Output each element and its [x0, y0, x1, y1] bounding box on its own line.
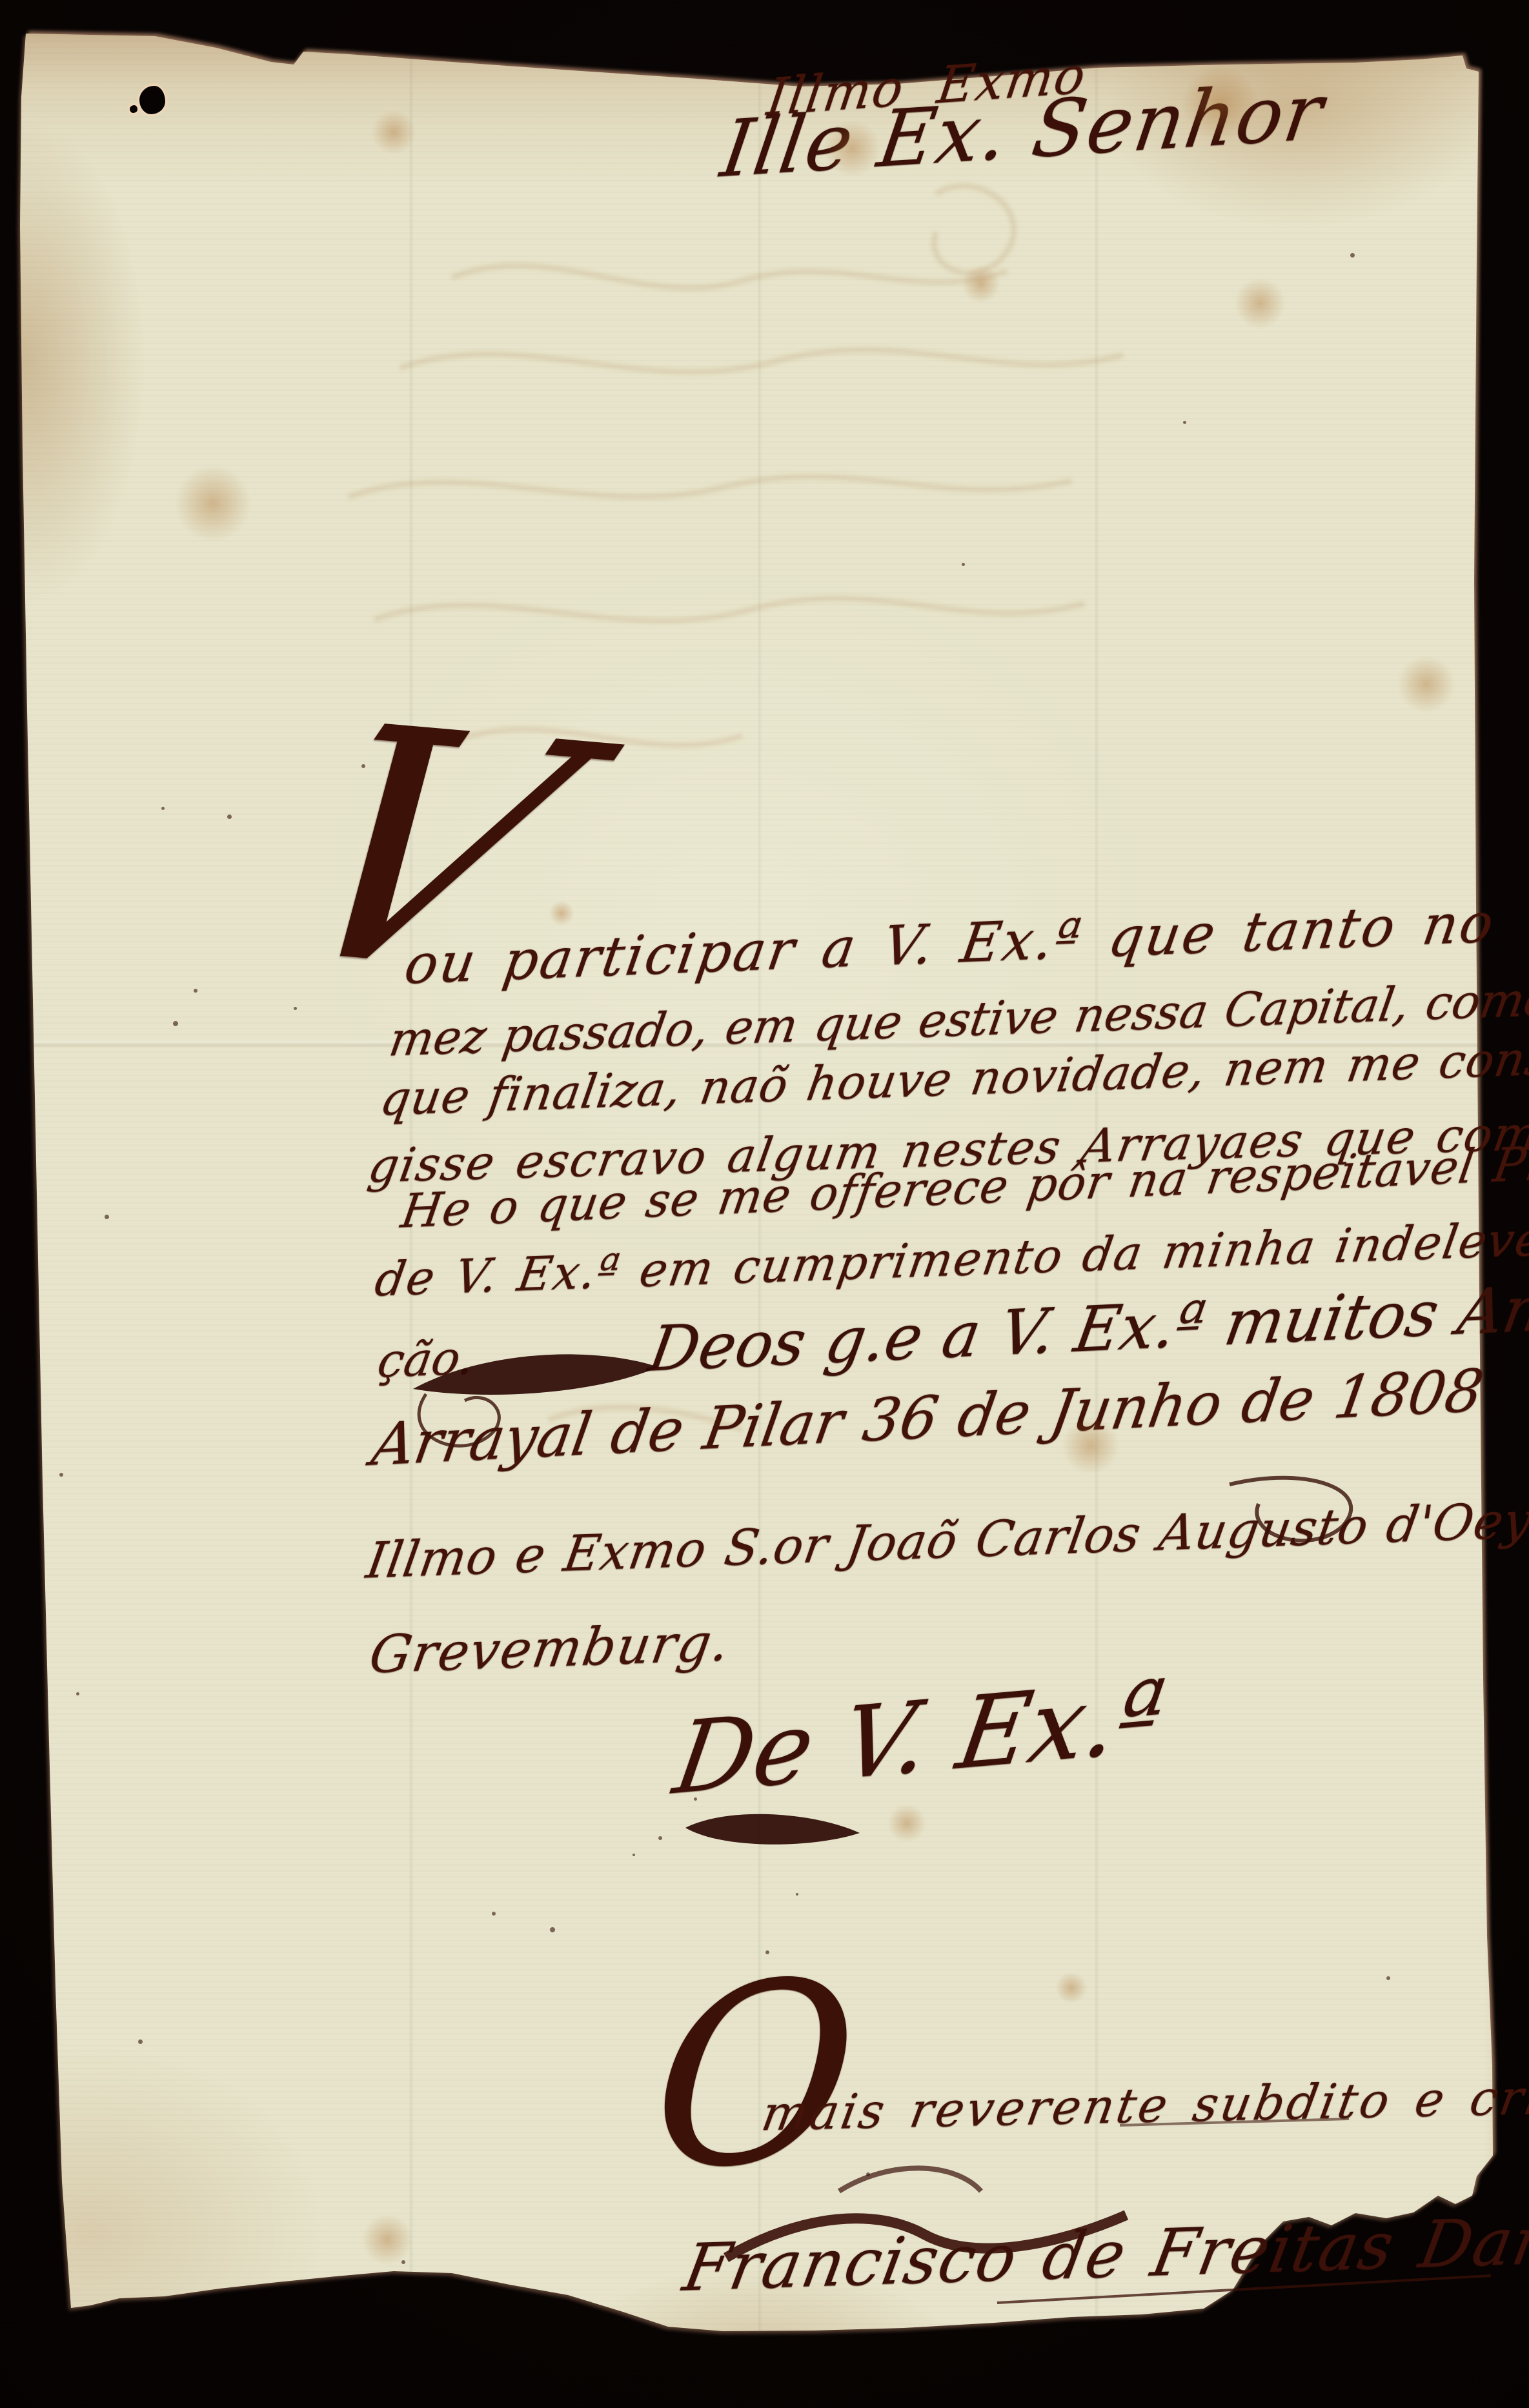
ink-speck — [76, 1692, 79, 1695]
ink-speck — [694, 1797, 697, 1801]
ink-speck — [161, 807, 165, 810]
ink-speck — [105, 1215, 109, 1219]
ink-speck — [1183, 421, 1186, 424]
ink-speck — [361, 764, 365, 768]
ink-speck — [1350, 253, 1355, 258]
foxing-spot — [1234, 278, 1286, 329]
ink-speck — [633, 1854, 635, 1856]
ink-speck — [194, 989, 197, 993]
ink-speck — [796, 1893, 798, 1896]
paper-hole — [130, 105, 137, 113]
foxing-spot — [887, 1804, 926, 1843]
ink-speck — [59, 1473, 63, 1477]
foxing-spot — [549, 900, 574, 926]
ink-speck — [866, 2172, 870, 2176]
ink-speck — [173, 1021, 178, 1026]
foxing-spot — [371, 110, 416, 155]
foxing-spot — [174, 465, 252, 542]
ink-speck — [401, 2260, 405, 2264]
foxing-spot — [823, 119, 881, 177]
paper-hole — [139, 86, 165, 114]
ink-speck — [227, 814, 232, 819]
foxing-spot — [1062, 1417, 1120, 1475]
body-line-7: ção. — [375, 1334, 478, 1384]
ink-speck — [492, 1912, 496, 1916]
ink-speck — [1386, 1976, 1390, 1980]
foxing-spot — [361, 2214, 413, 2265]
ink-speck — [138, 2039, 143, 2044]
foxing-spot — [1397, 655, 1455, 713]
foxing-spot — [1055, 1972, 1088, 2004]
foxing-spot — [1181, 65, 1259, 142]
ink-speck — [550, 1927, 555, 1932]
ink-speck — [962, 563, 965, 566]
ink-speck — [658, 1836, 662, 1840]
address-line-2: Grevemburg. — [366, 1617, 734, 1681]
ink-speck — [294, 1007, 297, 1010]
ink-speck — [765, 1950, 769, 1954]
manuscript-photo: Illmo Exmo Ille Ex. Senhor V ou particip… — [0, 0, 1529, 2408]
foxing-spot — [962, 265, 1000, 303]
closing-drop-cap: O — [646, 1945, 864, 2207]
